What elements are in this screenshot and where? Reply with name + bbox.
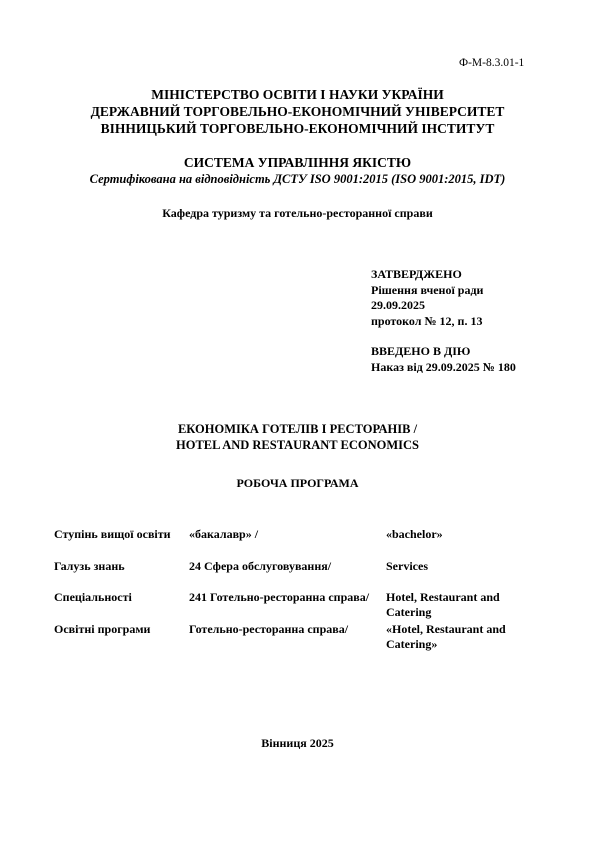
info-value-uk: 24 Сфера обслуговування/ [189,559,331,574]
info-value-en: «bachelor» [386,527,443,542]
course-title-en: HOTEL AND RESTAURANT ECONOMICS [0,437,595,453]
council-decision: Рішення вченої ради [371,283,516,299]
course-title-uk: ЕКОНОМІКА ГОТЕЛІВ І РЕСТОРАНІВ / [0,421,595,437]
course-title: ЕКОНОМІКА ГОТЕЛІВ І РЕСТОРАНІВ / HOTEL A… [0,421,595,453]
introduced-label: ВВЕДЕНО В ДІЮ [371,344,516,360]
info-label: Освітні програми [54,622,150,637]
ministry-name: МІНІСТЕРСТВО ОСВІТИ І НАУКИ УКРАЇНИ [0,86,595,103]
info-label: Спеціальності [54,590,132,605]
quality-system-heading: СИСТЕМА УПРАВЛІННЯ ЯКІСТЮ [0,155,595,171]
info-label: Галузь знань [54,559,125,574]
info-value-en-cont: Catering» [386,637,437,652]
info-value-en: «Hotel, Restaurant and [386,622,506,637]
university-name: ДЕРЖАВНИЙ ТОРГОВЕЛЬНО-ЕКОНОМІЧНИЙ УНІВЕР… [0,103,595,120]
info-value-en: Services [386,559,428,574]
approved-label: ЗАТВЕРДЖЕНО [371,267,516,283]
info-label: Ступінь вищої освіти [54,527,171,542]
info-value-en: Hotel, Restaurant and [386,590,500,605]
city-year: Вінниця 2025 [0,736,595,751]
info-value-uk: «бакалавр» / [189,527,258,542]
info-value-en-cont: Catering [386,605,431,620]
info-value-uk: Готельно-ресторанна справа/ [189,622,348,637]
form-code: Ф-М-8.3.01-1 [459,57,524,69]
protocol-number: протокол № 12, п. 13 [371,314,516,330]
certification-note: Сертифікована на відповідність ДСТУ ISO … [0,172,595,187]
department-name: Кафедра туризму та готельно-ресторанної … [0,206,595,221]
approval-date: 29.09.2025 [371,298,516,314]
institution-header: МІНІСТЕРСТВО ОСВІТИ І НАУКИ УКРАЇНИ ДЕРЖ… [0,86,595,137]
order-number: Наказ від 29.09.2025 № 180 [371,360,516,376]
institute-name: ВІННИЦЬКИЙ ТОРГОВЕЛЬНО-ЕКОНОМІЧНИЙ ІНСТИ… [0,120,595,137]
info-value-uk: 241 Готельно-ресторанна справа/ [189,590,369,605]
document-type: РОБОЧА ПРОГРАМА [0,476,595,491]
approval-block: ЗАТВЕРДЖЕНО Рішення вченої ради 29.09.20… [371,267,516,375]
